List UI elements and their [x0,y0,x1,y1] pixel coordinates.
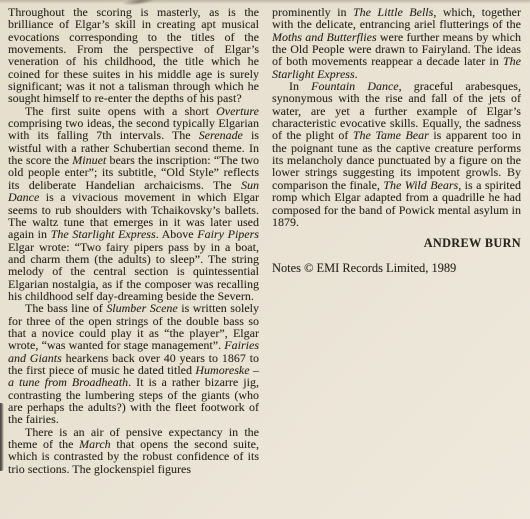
paragraph: In Fountain Dance, graceful arabesques, … [272,80,521,228]
booklet-page: Throughout the scoring is masterly, as i… [0,0,530,519]
byline: ANDREW BURN [272,237,521,250]
paragraph: The bass line of Slumber Scene is writte… [8,302,259,425]
paragraph: Throughout the scoring is masterly, as i… [8,6,259,105]
copyright-notice: Notes © EMI Records Limited, 1989 [272,262,521,275]
paragraph: prominently in The Little Bells, which, … [272,6,521,80]
paragraph: There is an air of pensive expectancy in… [8,426,259,475]
scan-edge-shadow [0,0,530,4]
text-run: Throughout the scoring is masterly, as i… [8,5,259,105]
text-column-left: Throughout the scoring is masterly, as i… [8,6,259,475]
paragraph: The first suite opens with a short Overt… [8,105,259,303]
scan-edge-artifact [0,403,4,471]
text-columns: Throughout the scoring is masterly, as i… [8,6,521,475]
text-column-right: prominently in The Little Bells, which, … [272,6,521,475]
text-column-right-paragraphs: prominently in The Little Bells, which, … [272,6,521,228]
text-run: Elgar wrote: “Two fairy pipers pass by i… [8,240,259,303]
